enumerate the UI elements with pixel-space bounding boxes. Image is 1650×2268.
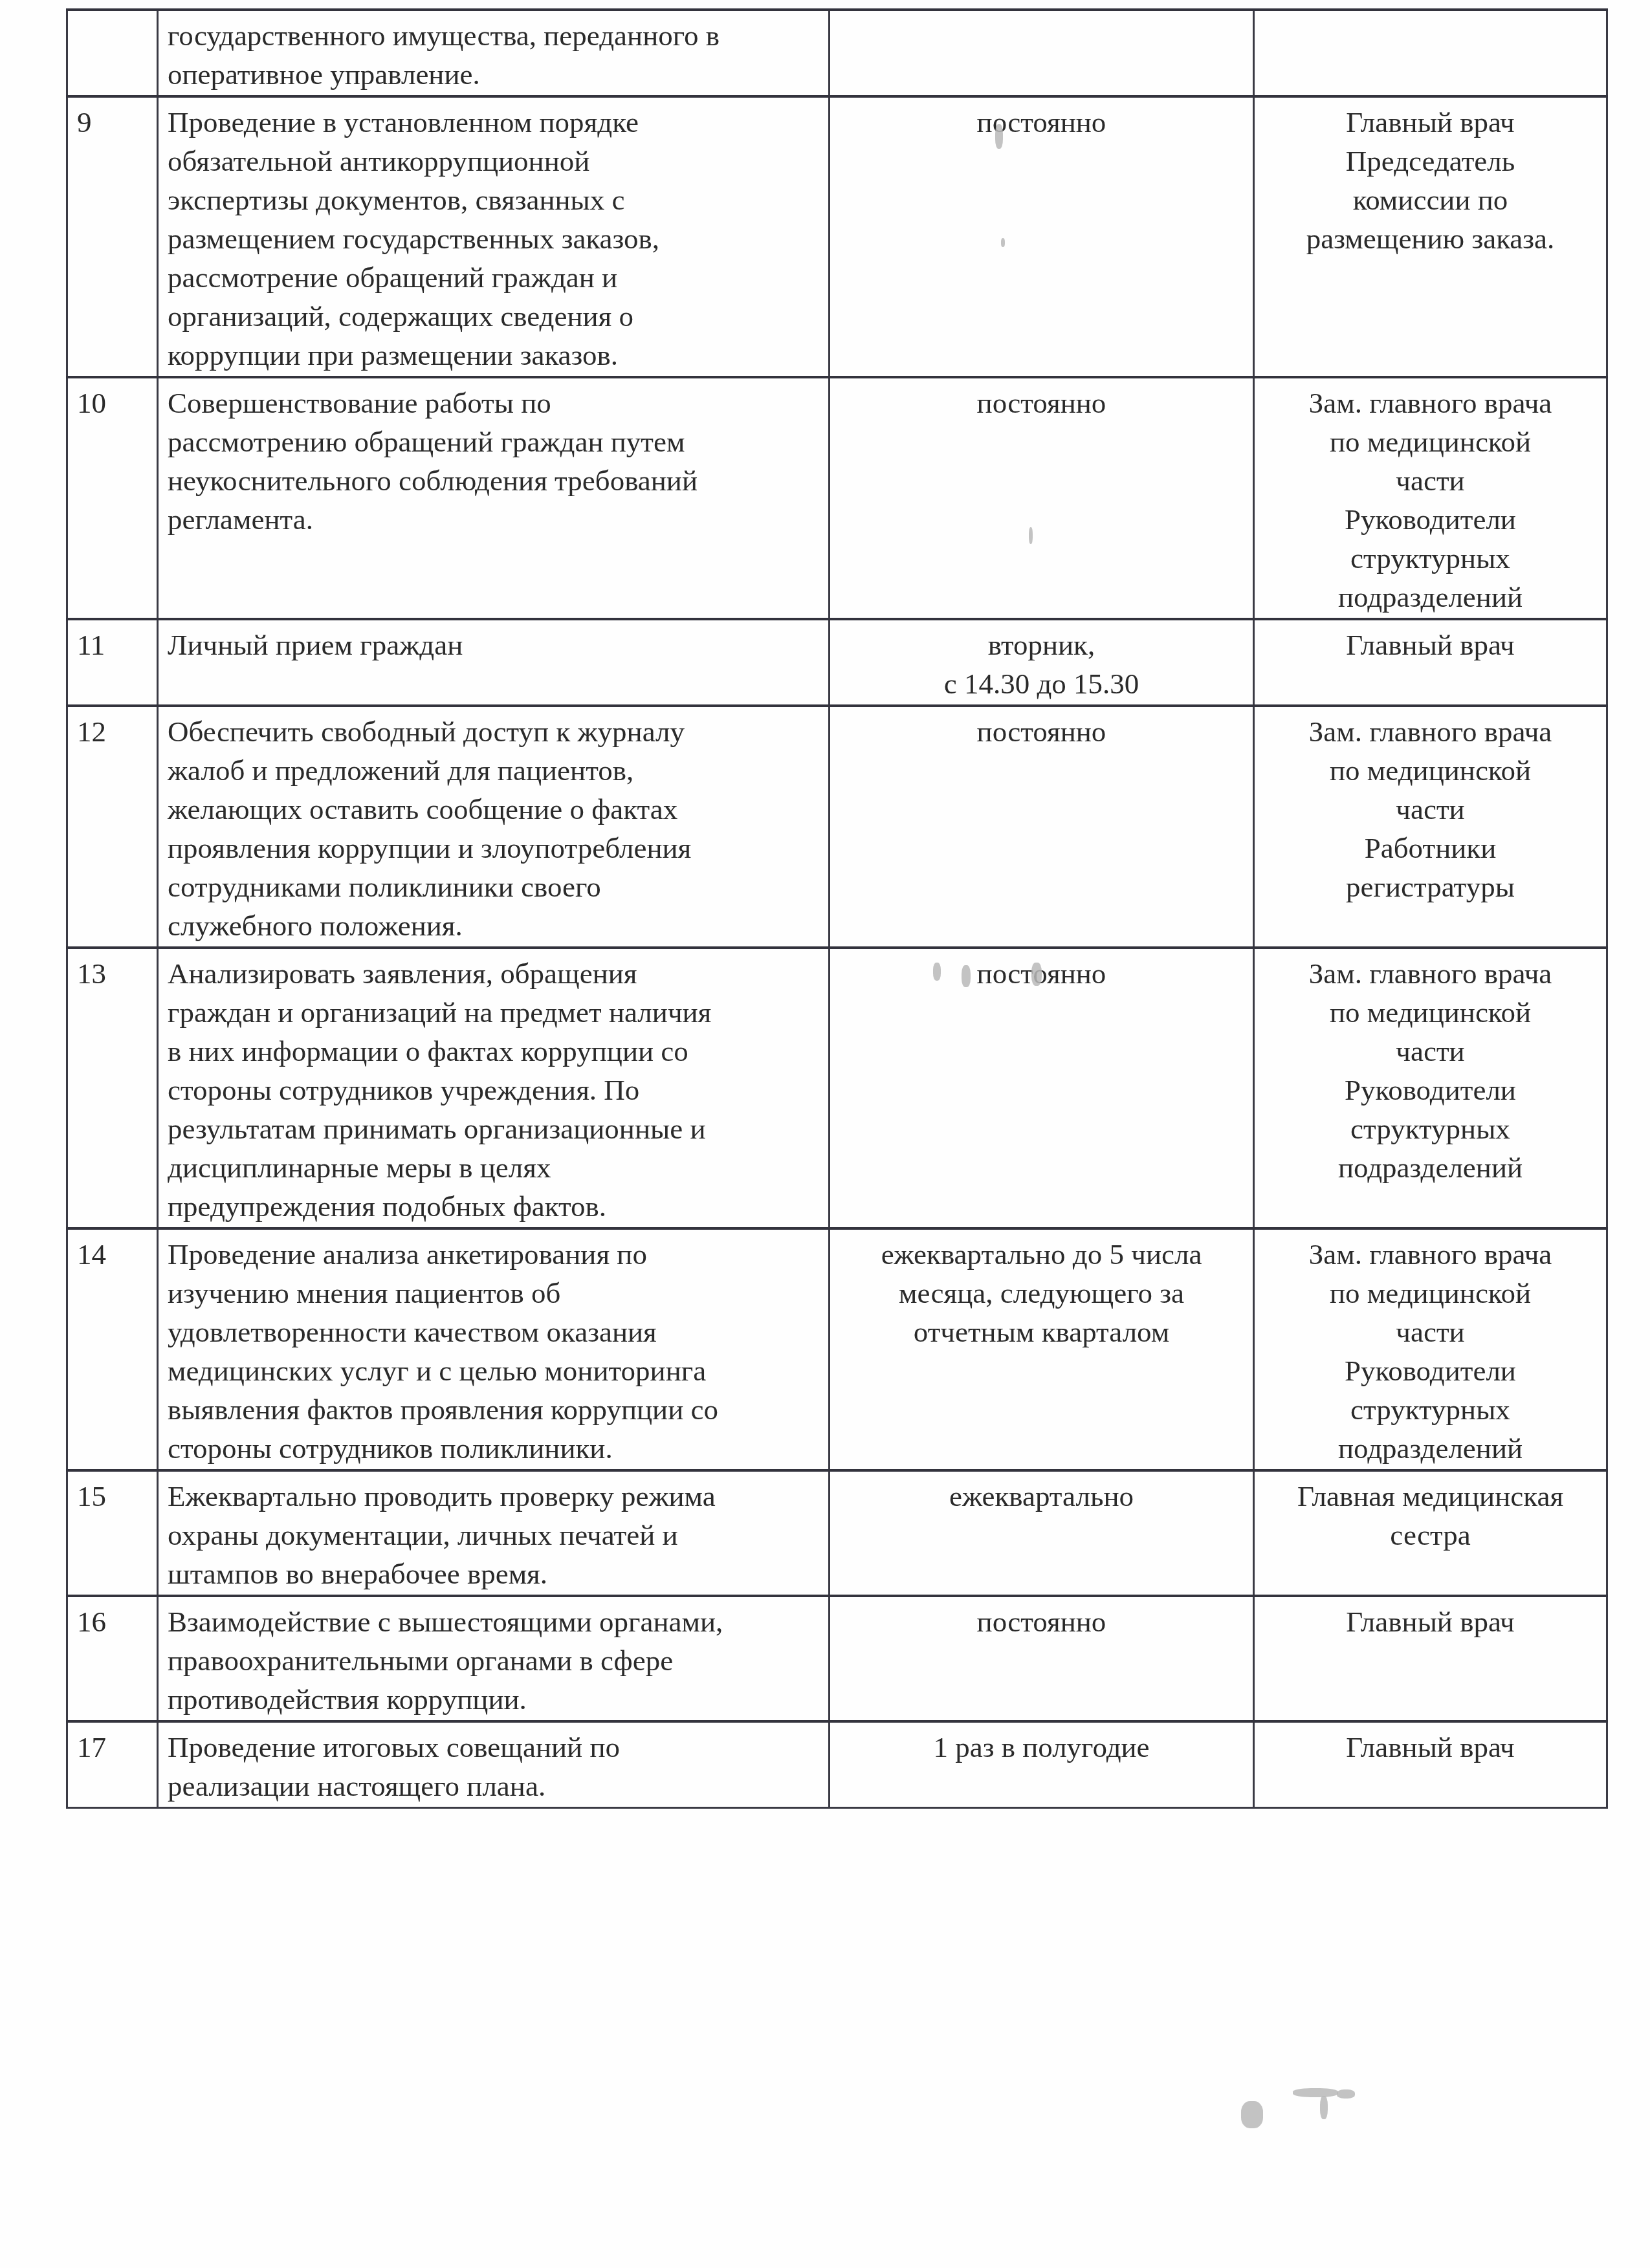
responsible-cell-line: по медицинской xyxy=(1264,422,1597,461)
activity-cell: Проведение в установленном порядкеобязат… xyxy=(158,96,830,377)
activity-cell-line: Анализировать заявления, обращения xyxy=(168,954,819,993)
responsible-cell-line: части xyxy=(1264,461,1597,500)
term-cell-line: с 14.30 до 15.30 xyxy=(839,664,1244,703)
responsible-cell-line: структурных xyxy=(1264,539,1597,578)
responsible-cell: Зам. главного врачапо медицинскойчастиРа… xyxy=(1254,706,1607,948)
row-number: 17 xyxy=(67,1721,158,1808)
activity-cell-line: дисциплинарные меры в целях xyxy=(168,1148,819,1187)
row-number: 11 xyxy=(67,619,158,706)
scan-artifact xyxy=(1031,963,1042,986)
table-row: 9Проведение в установленном порядкеобяза… xyxy=(67,96,1607,377)
responsible-cell-line: Руководители xyxy=(1264,500,1597,539)
activity-cell-line: Проведение в установленном порядке xyxy=(168,103,819,142)
responsible-cell: Главная медицинскаясестра xyxy=(1254,1470,1607,1596)
responsible-cell: Главный врач xyxy=(1254,1721,1607,1808)
table-row: 17Проведение итоговых совещаний пореализ… xyxy=(67,1721,1607,1808)
scan-artifact xyxy=(1293,2088,1338,2097)
row-number: 9 xyxy=(67,96,158,377)
activity-cell-line: предупреждения подобных фактов. xyxy=(168,1187,819,1226)
responsible-cell-line: Зам. главного врача xyxy=(1264,954,1597,993)
scan-artifact xyxy=(995,124,1003,149)
scan-artifact xyxy=(1337,2089,1355,2099)
responsible-cell-line: Главный врач xyxy=(1264,1602,1597,1641)
term-cell-line: постоянно xyxy=(839,1602,1244,1641)
activity-cell: Обеспечить свободный доступ к журналужал… xyxy=(158,706,830,948)
responsible-cell: Главный врачПредседателькомиссии поразме… xyxy=(1254,96,1607,377)
responsible-cell-line: подразделений xyxy=(1264,578,1597,616)
term-cell: ежеквартально до 5 числамесяца, следующе… xyxy=(830,1228,1254,1470)
responsible-cell: Зам. главного врачапо медицинскойчастиРу… xyxy=(1254,377,1607,619)
activity-cell-line: Проведение итоговых совещаний по xyxy=(168,1728,819,1767)
activity-cell-line: Обеспечить свободный доступ к журналу xyxy=(168,712,819,751)
table-row: государственного имущества, переданного … xyxy=(67,10,1607,96)
responsible-cell: Главный врач xyxy=(1254,1596,1607,1721)
activity-cell-line: Совершенствование работы по xyxy=(168,384,819,422)
row-number: 16 xyxy=(67,1596,158,1721)
activity-cell-line: Проведение анализа анкетирования по xyxy=(168,1235,819,1274)
activity-cell-line: стороны сотрудников поликлиники. xyxy=(168,1429,819,1468)
activity-cell-line: изучению мнения пациентов об xyxy=(168,1274,819,1313)
activity-cell: государственного имущества, переданного … xyxy=(158,10,830,96)
activity-cell-line: результатам принимать организационные и xyxy=(168,1109,819,1148)
responsible-cell-line: Главный врач xyxy=(1264,626,1597,664)
activity-cell: Ежеквартально проводить проверку режимао… xyxy=(158,1470,830,1596)
term-cell xyxy=(830,10,1254,96)
table-body: государственного имущества, переданного … xyxy=(67,10,1607,1808)
activity-cell-line: выявления фактов проявления коррупции со xyxy=(168,1390,819,1429)
responsible-cell-line: части xyxy=(1264,1032,1597,1071)
activity-cell-line: реализации настоящего плана. xyxy=(168,1767,819,1805)
activity-cell-line: неукоснительного соблюдения требований xyxy=(168,461,819,500)
activity-cell: Совершенствование работы порассмотрению … xyxy=(158,377,830,619)
activity-cell-line: регламента. xyxy=(168,500,819,539)
responsible-cell: Зам. главного врачапо медицинскойчастиРу… xyxy=(1254,948,1607,1228)
responsible-cell-line: комиссии по xyxy=(1264,180,1597,219)
scan-artifact xyxy=(1241,2101,1263,2128)
scanned-page: государственного имущества, переданного … xyxy=(0,0,1650,2268)
activity-cell: Личный прием граждан xyxy=(158,619,830,706)
activity-cell-line: штампов во внерабочее время. xyxy=(168,1554,819,1593)
activity-cell-line: желающих оставить сообщение о фактах xyxy=(168,790,819,829)
table-row: 14Проведение анализа анкетирования поизу… xyxy=(67,1228,1607,1470)
responsible-cell-line: по медицинской xyxy=(1264,1274,1597,1313)
responsible-cell-line: Работники xyxy=(1264,829,1597,867)
term-cell-line: постоянно xyxy=(839,712,1244,751)
term-cell: постоянно xyxy=(830,1596,1254,1721)
term-cell-line: ежеквартально xyxy=(839,1477,1244,1516)
table-row: 12Обеспечить свободный доступ к журналуж… xyxy=(67,706,1607,948)
row-number: 12 xyxy=(67,706,158,948)
activity-cell: Взаимодействие с вышестоящими органами,п… xyxy=(158,1596,830,1721)
responsible-cell-line: Зам. главного врача xyxy=(1264,384,1597,422)
responsible-cell: Главный врач xyxy=(1254,619,1607,706)
activity-cell-line: противодействия коррупции. xyxy=(168,1680,819,1719)
responsible-cell-line: Руководители xyxy=(1264,1351,1597,1390)
term-cell: 1 раз в полугодие xyxy=(830,1721,1254,1808)
responsible-cell-line: регистратуры xyxy=(1264,867,1597,906)
term-cell-line: постоянно xyxy=(839,384,1244,422)
activity-cell: Проведение итоговых совещаний пореализац… xyxy=(158,1721,830,1808)
responsible-cell xyxy=(1254,10,1607,96)
responsible-cell-line: структурных xyxy=(1264,1109,1597,1148)
term-cell-line: отчетным кварталом xyxy=(839,1313,1244,1351)
term-cell: ежеквартально xyxy=(830,1470,1254,1596)
row-number: 15 xyxy=(67,1470,158,1596)
activity-cell-line: Ежеквартально проводить проверку режима xyxy=(168,1477,819,1516)
responsible-cell-line: по медицинской xyxy=(1264,751,1597,790)
responsible-cell-line: Главный врач xyxy=(1264,1728,1597,1767)
row-number xyxy=(67,10,158,96)
activity-cell-line: коррупции при размещении заказов. xyxy=(168,336,819,375)
activity-cell-line: экспертизы документов, связанных с xyxy=(168,180,819,219)
activity-cell-line: Личный прием граждан xyxy=(168,626,819,664)
activity-cell-line: в них информации о фактах коррупции со xyxy=(168,1032,819,1071)
responsible-cell: Зам. главного врачапо медицинскойчастиРу… xyxy=(1254,1228,1607,1470)
activity-cell-line: служебного положения. xyxy=(168,906,819,945)
term-cell-line: месяца, следующего за xyxy=(839,1274,1244,1313)
responsible-cell-line: размещению заказа. xyxy=(1264,219,1597,258)
activity-cell-line: правоохранительными органами в сфере xyxy=(168,1641,819,1680)
activity-cell-line: жалоб и предложений для пациентов, xyxy=(168,751,819,790)
term-cell-line: ежеквартально до 5 числа xyxy=(839,1235,1244,1274)
activity-cell-line: обязательной антикоррупционной xyxy=(168,142,819,180)
activity-cell-line: медицинских услуг и с целью мониторинга xyxy=(168,1351,819,1390)
activity-cell-line: удовлетворенности качеством оказания xyxy=(168,1313,819,1351)
activity-cell-line: охраны документации, личных печатей и xyxy=(168,1516,819,1554)
scan-artifact xyxy=(933,963,941,981)
activity-cell-line: оперативное управление. xyxy=(168,55,819,94)
activity-cell-line: граждан и организаций на предмет наличия xyxy=(168,993,819,1032)
scan-artifact xyxy=(1029,527,1033,544)
table-row: 13Анализировать заявления, обращенияграж… xyxy=(67,948,1607,1228)
responsible-cell-line: подразделений xyxy=(1264,1429,1597,1468)
action-plan-table: государственного имущества, переданного … xyxy=(66,8,1608,1809)
responsible-cell-line: части xyxy=(1264,1313,1597,1351)
table-row: 16Взаимодействие с вышестоящими органами… xyxy=(67,1596,1607,1721)
table-row: 15Ежеквартально проводить проверку режим… xyxy=(67,1470,1607,1596)
activity-cell-line: рассмотрению обращений граждан путем xyxy=(168,422,819,461)
responsible-cell-line: по медицинской xyxy=(1264,993,1597,1032)
responsible-cell-line: части xyxy=(1264,790,1597,829)
activity-cell: Проведение анализа анкетирования поизуче… xyxy=(158,1228,830,1470)
row-number: 10 xyxy=(67,377,158,619)
scan-artifact xyxy=(1320,2096,1328,2119)
responsible-cell-line: структурных xyxy=(1264,1390,1597,1429)
term-cell-line: постоянно xyxy=(839,103,1244,142)
responsible-cell-line: подразделений xyxy=(1264,1148,1597,1187)
row-number: 13 xyxy=(67,948,158,1228)
responsible-cell-line: Председатель xyxy=(1264,142,1597,180)
term-cell: постоянно xyxy=(830,706,1254,948)
row-number: 14 xyxy=(67,1228,158,1470)
activity-cell-line: сотрудниками поликлиники своего xyxy=(168,867,819,906)
activity-cell-line: Взаимодействие с вышестоящими органами, xyxy=(168,1602,819,1641)
term-cell: вторник,с 14.30 до 15.30 xyxy=(830,619,1254,706)
activity-cell-line: рассмотрение обращений граждан и xyxy=(168,258,819,297)
term-cell-line: 1 раз в полугодие xyxy=(839,1728,1244,1767)
activity-cell-line: государственного имущества, переданного … xyxy=(168,16,819,55)
term-cell-line: вторник, xyxy=(839,626,1244,664)
term-cell: постоянно xyxy=(830,377,1254,619)
activity-cell: Анализировать заявления, обращениягражда… xyxy=(158,948,830,1228)
responsible-cell-line: сестра xyxy=(1264,1516,1597,1554)
term-cell: постоянно xyxy=(830,948,1254,1228)
responsible-cell-line: Главная медицинская xyxy=(1264,1477,1597,1516)
responsible-cell-line: Руководители xyxy=(1264,1071,1597,1109)
scan-artifact xyxy=(1001,238,1005,247)
term-cell: постоянно xyxy=(830,96,1254,377)
responsible-cell-line: Зам. главного врача xyxy=(1264,712,1597,751)
activity-cell-line: стороны сотрудников учреждения. По xyxy=(168,1071,819,1109)
activity-cell-line: организаций, содержащих сведения о xyxy=(168,297,819,336)
scan-artifact xyxy=(962,965,971,987)
activity-cell-line: размещением государственных заказов, xyxy=(168,219,819,258)
responsible-cell-line: Главный врач xyxy=(1264,103,1597,142)
table-row: 10Совершенствование работы порассмотрени… xyxy=(67,377,1607,619)
activity-cell-line: проявления коррупции и злоупотребления xyxy=(168,829,819,867)
table-row: 11Личный прием гражданвторник,с 14.30 до… xyxy=(67,619,1607,706)
responsible-cell-line: Зам. главного врача xyxy=(1264,1235,1597,1274)
